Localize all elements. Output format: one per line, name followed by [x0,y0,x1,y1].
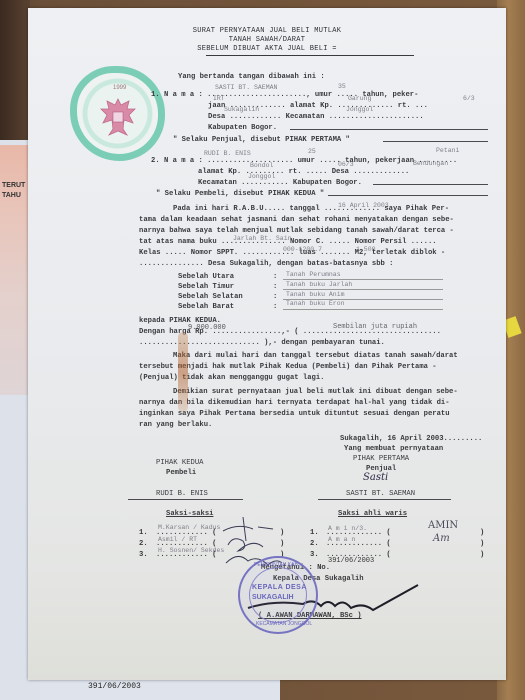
price-line: ............................ ),- dengan … [139,339,385,348]
signature-line [318,499,451,500]
party2-row: alamat Kp. ......... rt. ..... Desa ....… [198,168,409,177]
signing-place-date: Sukagalih, 16 April 2003......... [340,435,482,444]
party1-row: 1. N a m a : ......................., um… [151,91,418,100]
buyer-name: RUDI B. ENIS [156,490,208,499]
statement-paragraph: Maka dari mulai hari dan tanggal tersebu… [173,352,458,361]
title-underline [206,55,414,56]
heir-number: 2. [310,540,319,549]
statement-paragraph: Demikian surat pernyataan jual beli mutl… [173,388,458,397]
garuda-seal-stamp: 1999 [70,66,165,161]
approval-number: 391/06/2003 [328,557,374,566]
seal-year: 1999 [113,85,126,91]
stamp-bottom-text: KECAMATAN JONGGOL [256,621,312,627]
party1-row: Kabupaten Bogor. [208,124,277,133]
party2-role: " Selaku Pembeli, disebut PIHAK KEDUA " [156,190,324,199]
statement-paragraph: ran yang berlaku. [139,421,212,430]
boundary-value: Tanah Perumnas [286,270,341,279]
party2-desa-value: Bendungan [413,159,448,168]
document-subtitle: SEBELUM DIBUAT AKTA JUAL BELI = [28,45,506,54]
seller-party-label: PIHAK PERTAMA [353,455,409,464]
document-subtitle: TANAH SAWAH/DARAT [28,36,506,45]
buyer-party-label: PIHAK KEDUA [156,459,203,468]
party1-role: " Selaku Penjual, disebut PIHAK PERTAMA … [173,136,350,145]
boundary-value: Tanah buku Anim [286,290,345,299]
boundary-side: Sebelah Timur [178,283,234,292]
heir-number: 1. [310,529,319,538]
witness-number: 3. [139,551,148,560]
stamp-center-text: KEPALA DESA [252,584,307,591]
party1-row: Desa ............ Kecamatan ............… [208,113,424,122]
party1-age-value: 35 [338,82,346,91]
background-document-bottom: 391/06/2003 [40,678,280,700]
party1-rt-value: 6/3 [463,94,475,103]
intro-text: Yang bertanda tangan dibawah ini : [178,73,325,82]
stamp-top-text: PEMERINTAH KAB. [254,562,299,568]
boundary-side: Sebelah Utara [178,273,234,282]
heirs-title: Saksi ahli waris [338,510,407,519]
buyer-role-label: Pembeli [166,469,196,478]
witness-number: 2. [139,540,148,549]
signing-maker-label: Yang membuat pernyataan [344,445,443,454]
statement-paragraph: (Penjual) tidak akan mengganggu gugat la… [139,374,324,383]
boundary-side: Sebelah Selatan [178,293,243,302]
heir-number: 3. [310,551,319,560]
fill-line [328,195,488,196]
fill-line [373,184,488,185]
rust-stain [178,332,188,412]
background-document-header: TAHU [2,191,21,200]
boundary-value: Tanah buku Eron [286,299,345,308]
fill-line [290,129,488,130]
sale-statement-document: 1999 SURAT PERNYATAAN JUAL BELI MUTLAK T… [28,8,506,680]
statement-paragraph: ............... Desa Sukagalih, dengan b… [139,260,393,269]
background-document-header: TERUT [2,181,25,190]
statement-paragraph: Kelas ..... Nomor SPPT. ............ lua… [139,249,445,258]
seller-signature: Sasti [363,473,388,482]
statement-paragraph: Pada ini hari R.A.B.U..... tanggal .....… [173,205,449,214]
statement-paragraph: tama dalam keadaan sehat jasmani dan seh… [139,216,454,225]
heir-signature: AMIN [428,521,458,530]
village-head-stamp: PEMERINTAH KAB. KEPALA DESA SUKAGALIH KE… [238,556,318,634]
fill-line [383,141,488,142]
party2-occupation-value: Petani [436,146,459,155]
party2-row: Kecamatan ........... Kabupaten Bogor. [198,179,362,188]
statement-paragraph: narnya bahwa saya telah menjual mutlak s… [139,227,454,236]
witnesses-title: Saksi-saksi [166,510,213,519]
party2-row: 2. N a m a : .................... umur .… [151,157,457,166]
background-document-number: 391/06/2003 [88,682,141,691]
statement-paragraph: inginkan saya Pihak Pertama bersedia unt… [139,410,450,419]
boundary-side: Sebelah Barat [178,303,234,312]
heir-signature: Am [433,534,450,543]
garuda-emblem-icon [99,95,137,141]
signature-line [128,499,243,500]
party2-age-value: 25 [308,147,316,156]
stamp-center-text: SUKAGALIH [252,594,294,601]
seller-name: SASTI BT. SAEMAN [346,490,415,499]
boundary-value: Tanah buku Jarlah [286,280,352,289]
document-title: SURAT PERNYATAAN JUAL BELI MUTLAK [28,27,506,36]
witness-number: 1. [139,529,148,538]
